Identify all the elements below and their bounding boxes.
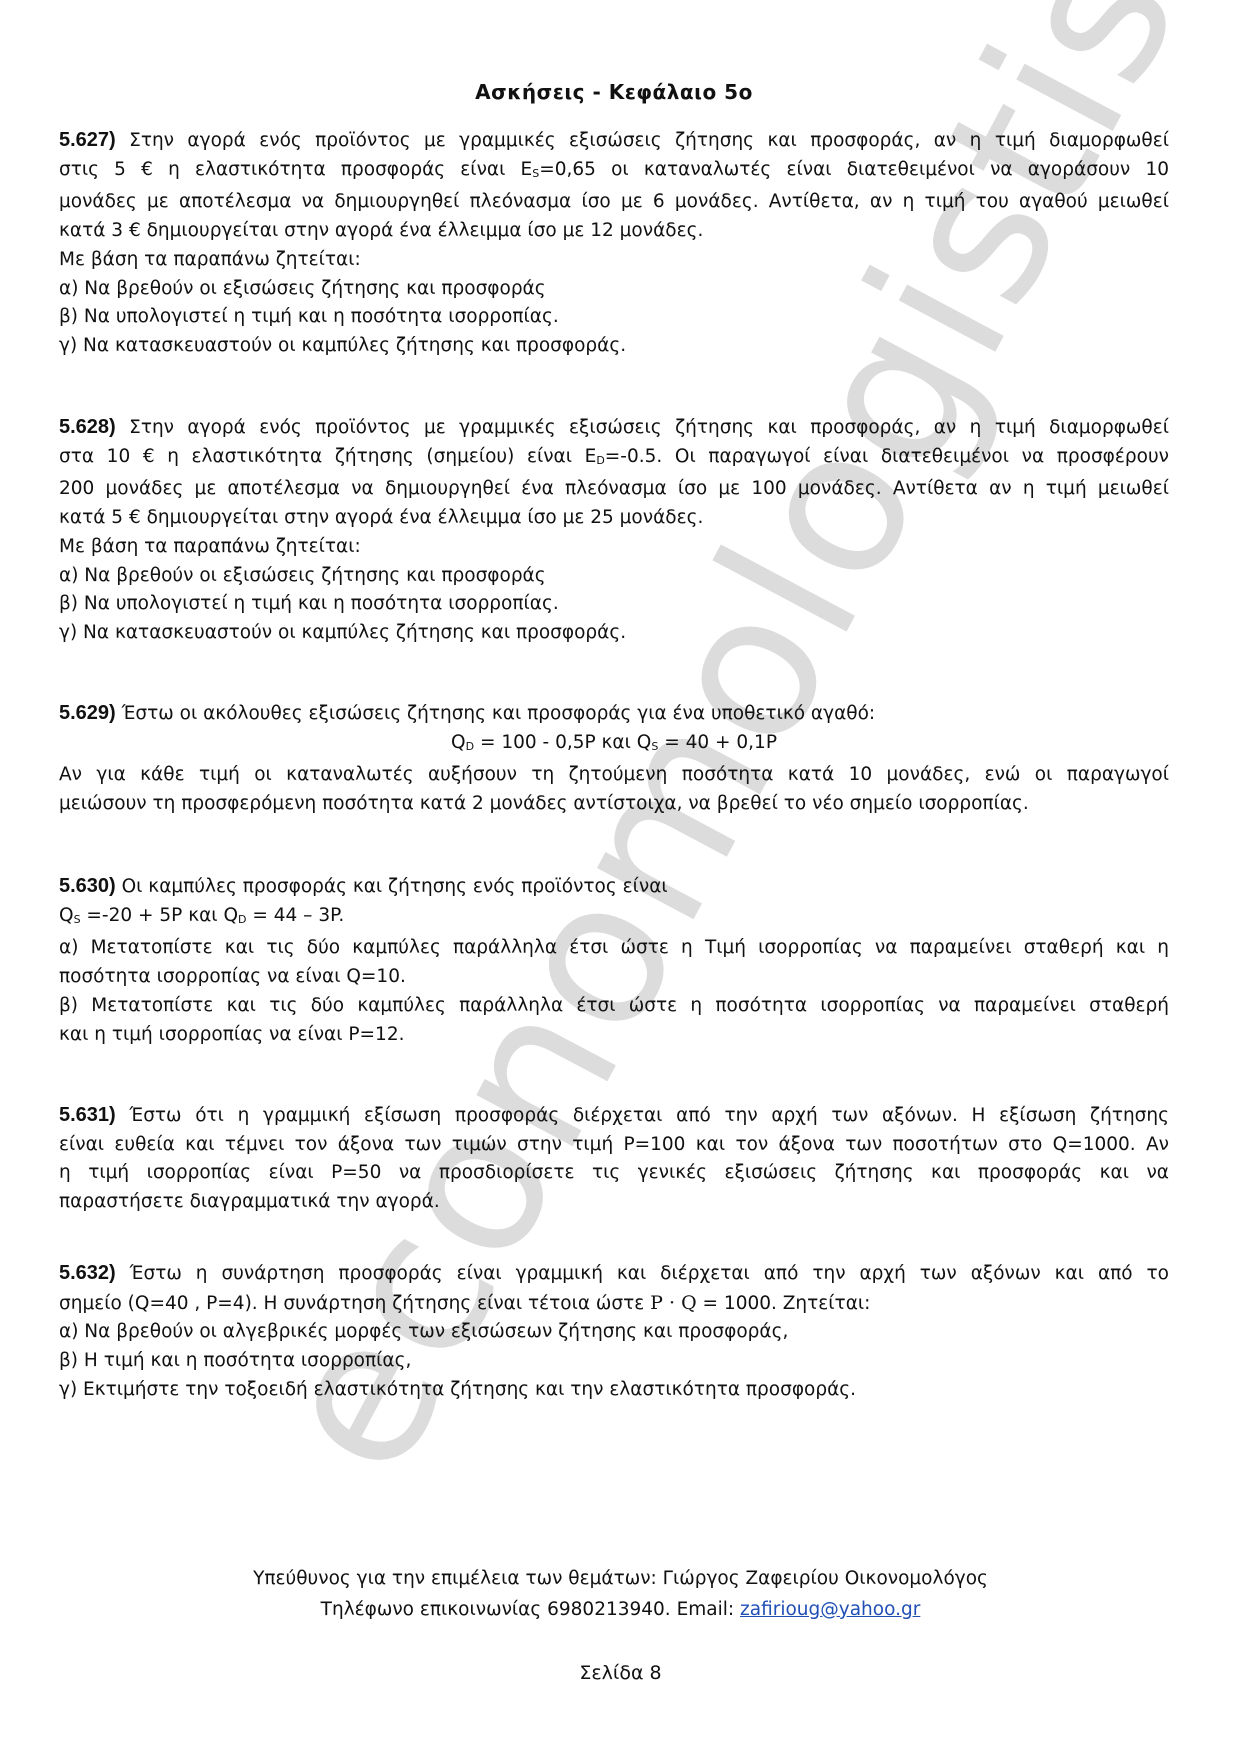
exercise-number: 5.628): [59, 416, 116, 438]
question-b: β) Η τιμή και η ποσότητα ισορροπίας,: [59, 1347, 1169, 1376]
page-title: Ασκήσεις - Κεφάλαιο 5ο: [59, 80, 1169, 104]
exercise-5-632: 5.632) Έστω η συνάρτηση προσφοράς είναι …: [59, 1259, 1169, 1405]
question-a: α) Μετατοπίστε και τις δύο καμπύλες παρά…: [59, 934, 1169, 963]
page-number: Σελίδα 8: [0, 1662, 1241, 1684]
exercise-number: 5.627): [59, 129, 116, 151]
exercise-line: Αν για κάθε τιμή οι καταναλωτές αυξήσουν…: [59, 761, 1169, 790]
exercise-line: η τιμή ισορροπίας είναι P=50 να προσδιορ…: [59, 1159, 1169, 1188]
equations: QD = 100 - 0,5P και QS = 40 + 0,1P: [59, 729, 1169, 762]
exercise-line: 5.632) Έστω η συνάρτηση προσφοράς είναι …: [59, 1259, 1169, 1289]
question-b: β) Να υπολογιστεί η τιμή και η ποσότητα …: [59, 303, 1169, 332]
exercise-number: 5.630): [59, 875, 116, 897]
exercise-line: μειώσουν τη προσφερόμενη ποσότητα κατά 2…: [59, 790, 1169, 819]
exercise-line: 5.627) Στην αγορά ενός προϊόντος με γραμ…: [59, 126, 1169, 156]
exercise-5-628: 5.628) Στην αγορά ενός προϊόντος με γραμ…: [59, 413, 1169, 648]
exercise-number: 5.632): [59, 1262, 116, 1284]
exercise-prompt: Με βάση τα παραπάνω ζητείται:: [59, 533, 1169, 562]
exercise-prompt: Με βάση τα παραπάνω ζητείται:: [59, 246, 1169, 275]
exercise-line: 5.628) Στην αγορά ενός προϊόντος με γραμ…: [59, 413, 1169, 443]
exercise-line: σημείο (Q=40 , P=4). Η συνάρτηση ζήτησης…: [59, 1289, 1169, 1319]
email-link[interactable]: zafirioug@yahoo.gr: [740, 1599, 920, 1620]
exercise-5-627: 5.627) Στην αγορά ενός προϊόντος με γραμ…: [59, 126, 1169, 361]
question-a-cont: ποσότητα ισορροπίας να είναι Q=10.: [59, 963, 1169, 992]
question-a: α) Να βρεθούν οι εξισώσεις ζήτησης και π…: [59, 275, 1169, 304]
exercise-line: είναι ευθεία και τέμνει τον άξονα των τι…: [59, 1131, 1169, 1160]
exercise-line: παραστήσετε διαγραμματικά την αγορά.: [59, 1188, 1169, 1217]
question-b-cont: και η τιμή ισορροπίας να είναι P=12.: [59, 1021, 1169, 1050]
footer: Υπεύθυνος για την επιμέλεια των θεμάτων:…: [0, 1563, 1241, 1625]
exercise-5-629: 5.629) Έστω οι ακόλουθες εξισώσεις ζήτησ…: [59, 699, 1169, 819]
question-a: α) Να βρεθούν οι εξισώσεις ζήτησης και π…: [59, 562, 1169, 591]
exercise-line: 5.631) Έστω ότι η γραμμική εξίσωση προσφ…: [59, 1101, 1169, 1131]
question-c: γ) Εκτιμήστε την τοξοειδή ελαστικότητα ζ…: [59, 1376, 1169, 1405]
exercise-line: 5.629) Έστω οι ακόλουθες εξισώσεις ζήτησ…: [59, 699, 1169, 729]
exercise-5-630: 5.630) Οι καμπύλες προσφοράς και ζήτησης…: [59, 872, 1169, 1049]
question-b: β) Μετατοπίστε και τις δύο καμπύλες παρά…: [59, 992, 1169, 1021]
question-c: γ) Να κατασκευαστούν οι καμπύλες ζήτησης…: [59, 619, 1169, 648]
formula-p-times-q: P · Q: [650, 1292, 696, 1314]
equations: QS =-20 + 5P και QD = 44 – 3P.: [59, 902, 1169, 935]
exercise-number: 5.629): [59, 702, 116, 724]
exercise-line: 200 μονάδες με αποτέλεσμα να δημιουργηθε…: [59, 475, 1169, 504]
footer-author: Υπεύθυνος για την επιμέλεια των θεμάτων:…: [0, 1563, 1241, 1594]
question-c: γ) Να κατασκευαστούν οι καμπύλες ζήτησης…: [59, 332, 1169, 361]
question-b: β) Να υπολογιστεί η τιμή και η ποσότητα …: [59, 590, 1169, 619]
exercise-line: κατά 3 € δημιουργείται στην αγορά ένα έλ…: [59, 217, 1169, 246]
exercise-number: 5.631): [59, 1104, 116, 1126]
exercise-5-631: 5.631) Έστω ότι η γραμμική εξίσωση προσφ…: [59, 1101, 1169, 1217]
exercise-line: στις 5 € η ελαστικότητα προσφοράς είναι …: [59, 156, 1169, 189]
exercise-line: κατά 5 € δημιουργείται στην αγορά ένα έλ…: [59, 504, 1169, 533]
footer-contact: Τηλέφωνο επικοινωνίας 6980213940. Email:…: [0, 1594, 1241, 1625]
exercise-line: στα 10 € η ελαστικότητα ζήτησης (σημείου…: [59, 443, 1169, 476]
exercise-line: 5.630) Οι καμπύλες προσφοράς και ζήτησης…: [59, 872, 1169, 902]
exercise-line: μονάδες με αποτέλεσμα να δημιουργηθεί πλ…: [59, 188, 1169, 217]
question-a: α) Να βρεθούν οι αλγεβρικές μορφές των ε…: [59, 1318, 1169, 1347]
